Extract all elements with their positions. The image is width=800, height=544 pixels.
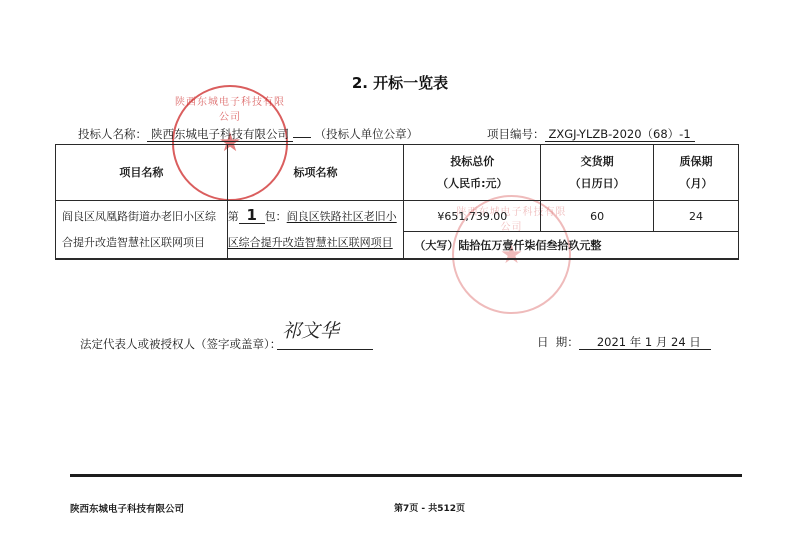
seal-text: 陕西东城电子科技有限公司	[174, 93, 286, 123]
project-number: ZXGJ-YLZB-2020（68）-1	[545, 128, 695, 142]
header-project-name: 项目名称	[56, 145, 228, 201]
cell-lot-name: 第1包：阎良区铁路社区老旧小区综合提升改造智慧社区联网项目	[227, 201, 404, 260]
header-total-price-line1: 投标总价	[404, 151, 540, 173]
header-delivery-line1: 交货期	[541, 151, 653, 173]
cell-project-name: 阎良区凤凰路街道办老旧小区综合提升改造智慧社区联网项目	[56, 201, 228, 260]
footer-divider	[70, 474, 742, 477]
bidder-name: 陕西东城电子科技有限公司	[147, 128, 293, 142]
cell-amount-in-words: （大写）陆拾伍万壹仟柒佰叁拾玖元整	[404, 232, 739, 260]
header-warranty-line2: （月）	[654, 173, 738, 195]
signature-label: 法定代表人或被授权人（签字或盖章）：	[80, 336, 281, 352]
header-warranty: 质保期 （月）	[654, 145, 739, 201]
header-lot-name: 标项名称	[227, 145, 404, 201]
signature: 祁文华	[282, 316, 339, 343]
header-delivery-line2: （日历日）	[541, 173, 653, 195]
page-title: 2. 开标一览表	[0, 72, 800, 93]
date-label: 日 期：	[537, 335, 579, 349]
bid-summary-table: 项目名称 标项名称 投标总价 （人民币:元） 交货期 （日历日） 质保期 （月）…	[55, 144, 739, 260]
bidder-line: 投标人名称：陕西东城电子科技有限公司 （投标人单位公章）	[78, 126, 418, 142]
table-header-row: 项目名称 标项名称 投标总价 （人民币:元） 交货期 （日历日） 质保期 （月）	[56, 145, 739, 201]
date-line: 日 期：2021 年 1 月 24 日	[537, 334, 711, 350]
footer-company: 陕西东城电子科技有限公司	[70, 501, 184, 515]
bidder-seal-note: （投标人单位公章）	[315, 127, 419, 141]
cell-warranty: 24	[654, 201, 739, 232]
date-value: 2021 年 1 月 24 日	[579, 336, 711, 350]
table-row: 阎良区凤凰路街道办老旧小区综合提升改造智慧社区联网项目 第1包：阎良区铁路社区老…	[56, 201, 739, 232]
cell-delivery: 60	[541, 201, 654, 232]
project-number-line: 项目编号：ZXGJ-YLZB-2020（68）-1	[487, 126, 695, 142]
header-total-price: 投标总价 （人民币:元）	[404, 145, 541, 201]
lot-number: 1	[239, 208, 265, 224]
header-total-price-line2: （人民币:元）	[404, 173, 540, 195]
project-number-label: 项目编号：	[487, 127, 545, 141]
lot-prefix: 第	[228, 210, 239, 223]
header-warranty-line1: 质保期	[654, 151, 738, 173]
cell-total-price: ¥651,739.00	[404, 201, 541, 232]
signature-line	[277, 349, 373, 350]
lot-suffix: 包：	[265, 210, 287, 223]
footer-page-number: 第7页 - 共512页	[394, 501, 465, 514]
bidder-label: 投标人名称：	[78, 127, 147, 141]
header-delivery: 交货期 （日历日）	[541, 145, 654, 201]
